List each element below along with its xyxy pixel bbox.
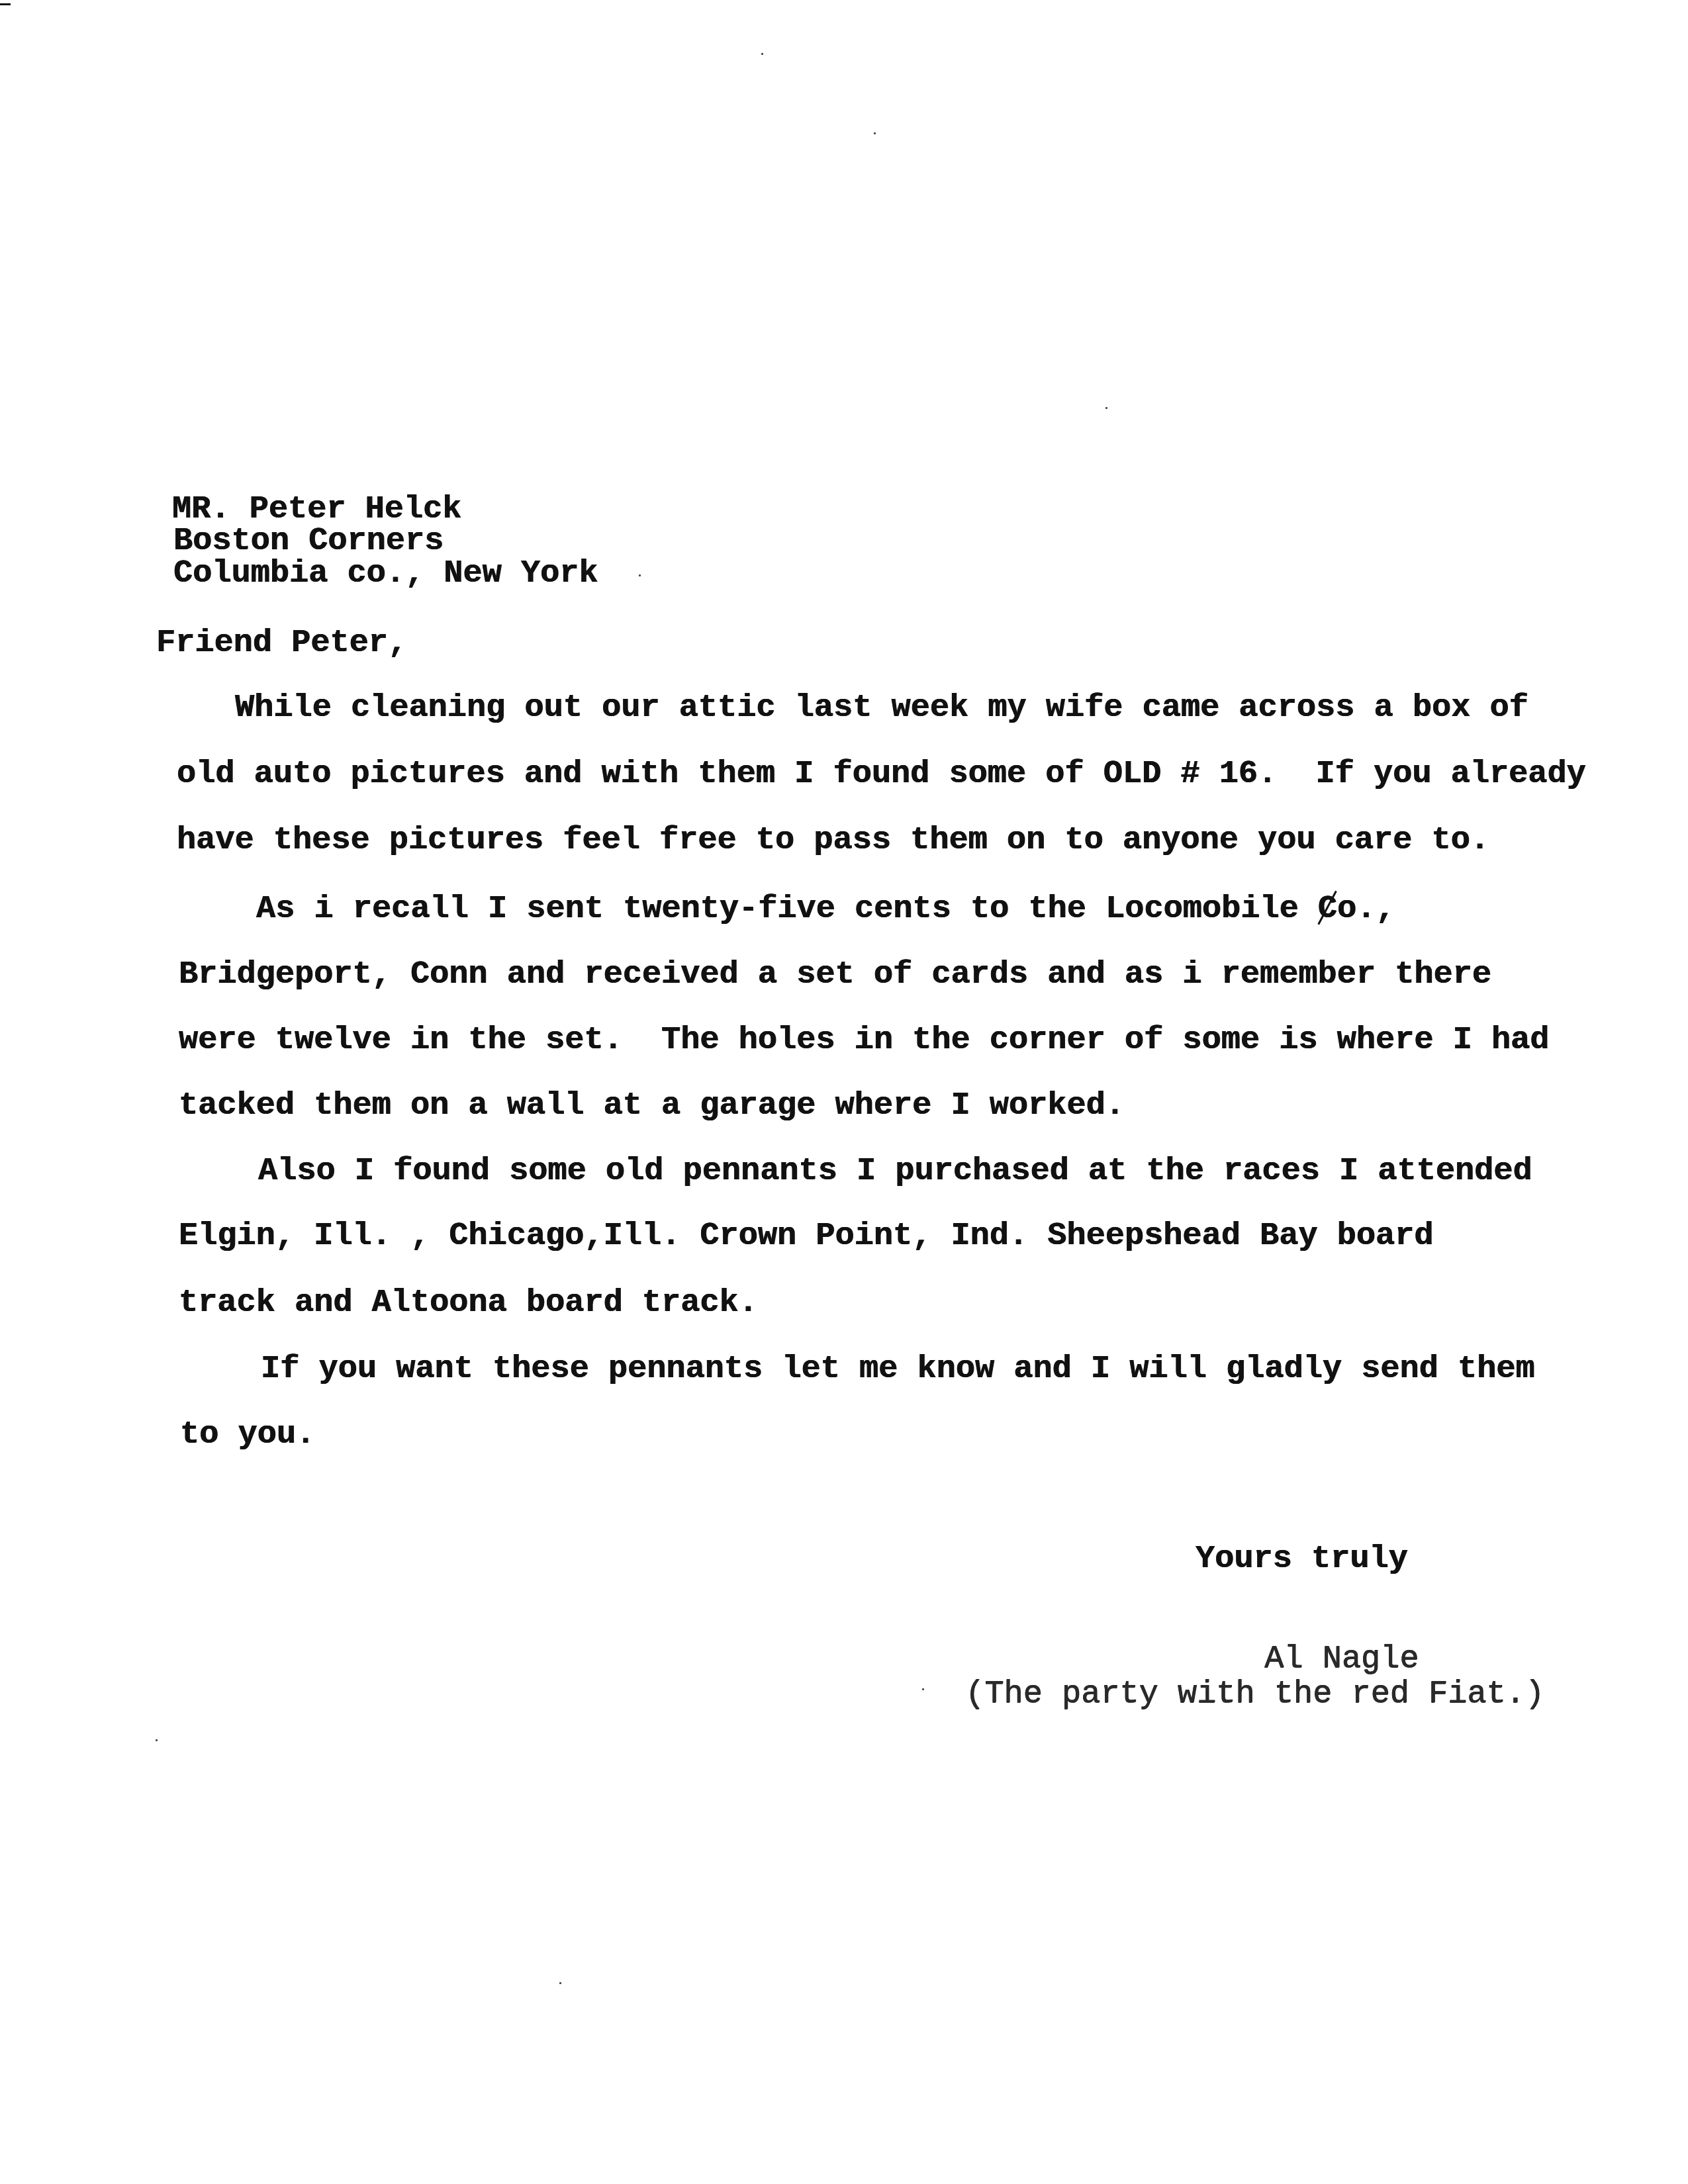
- body-line: As i recall I sent twenty-five cents to …: [256, 893, 1395, 926]
- address-line-city: Columbia co., New York: [173, 558, 598, 590]
- body-line: Also I found some old pennants I purchas…: [258, 1156, 1532, 1188]
- body-line-text: As i recall I sent twenty-five cents to …: [256, 891, 1318, 927]
- body-line: Bridgeport, Conn and received a set of c…: [179, 959, 1491, 991]
- closing: Yours truly: [1196, 1543, 1408, 1576]
- address-line-street: Boston Corners: [173, 525, 444, 558]
- scan-speck: [874, 132, 876, 134]
- body-line: Elgin, Ill. , Chicago,Ill. Crown Point, …: [179, 1220, 1433, 1253]
- signature-name: Al Nagle: [1264, 1643, 1419, 1676]
- body-line: While cleaning out our attic last week m…: [235, 692, 1528, 725]
- body-line: If you want these pennants let me know a…: [261, 1353, 1535, 1386]
- body-line: to you.: [180, 1419, 315, 1451]
- struck-out-letter: C: [1318, 893, 1337, 926]
- body-line: track and Altoona board track.: [179, 1287, 758, 1320]
- scan-speck: [1105, 407, 1107, 409]
- body-line: old auto pictures and with them I found …: [177, 758, 1586, 791]
- scan-speck: [559, 1982, 561, 1984]
- letter-page: MR. Peter Helck Boston Corners Columbia …: [0, 0, 1688, 2184]
- body-line: tacked them on a wall at a garage where …: [179, 1090, 1125, 1122]
- scan-corner-mark: [0, 3, 11, 5]
- address-line-name: MR. Peter Helck: [172, 494, 461, 526]
- scan-speck: [639, 574, 641, 576]
- scan-speck: [922, 1688, 924, 1690]
- salutation: Friend Peter,: [156, 627, 407, 660]
- scan-speck: [156, 1739, 158, 1741]
- signature-note: (The party with the red Fiat.): [965, 1678, 1544, 1711]
- body-line: were twelve in the set. The holes in the…: [179, 1024, 1549, 1057]
- body-line: have these pictures feel free to pass th…: [177, 825, 1489, 857]
- body-line-text: o.,: [1337, 891, 1395, 927]
- scan-speck: [761, 53, 763, 55]
